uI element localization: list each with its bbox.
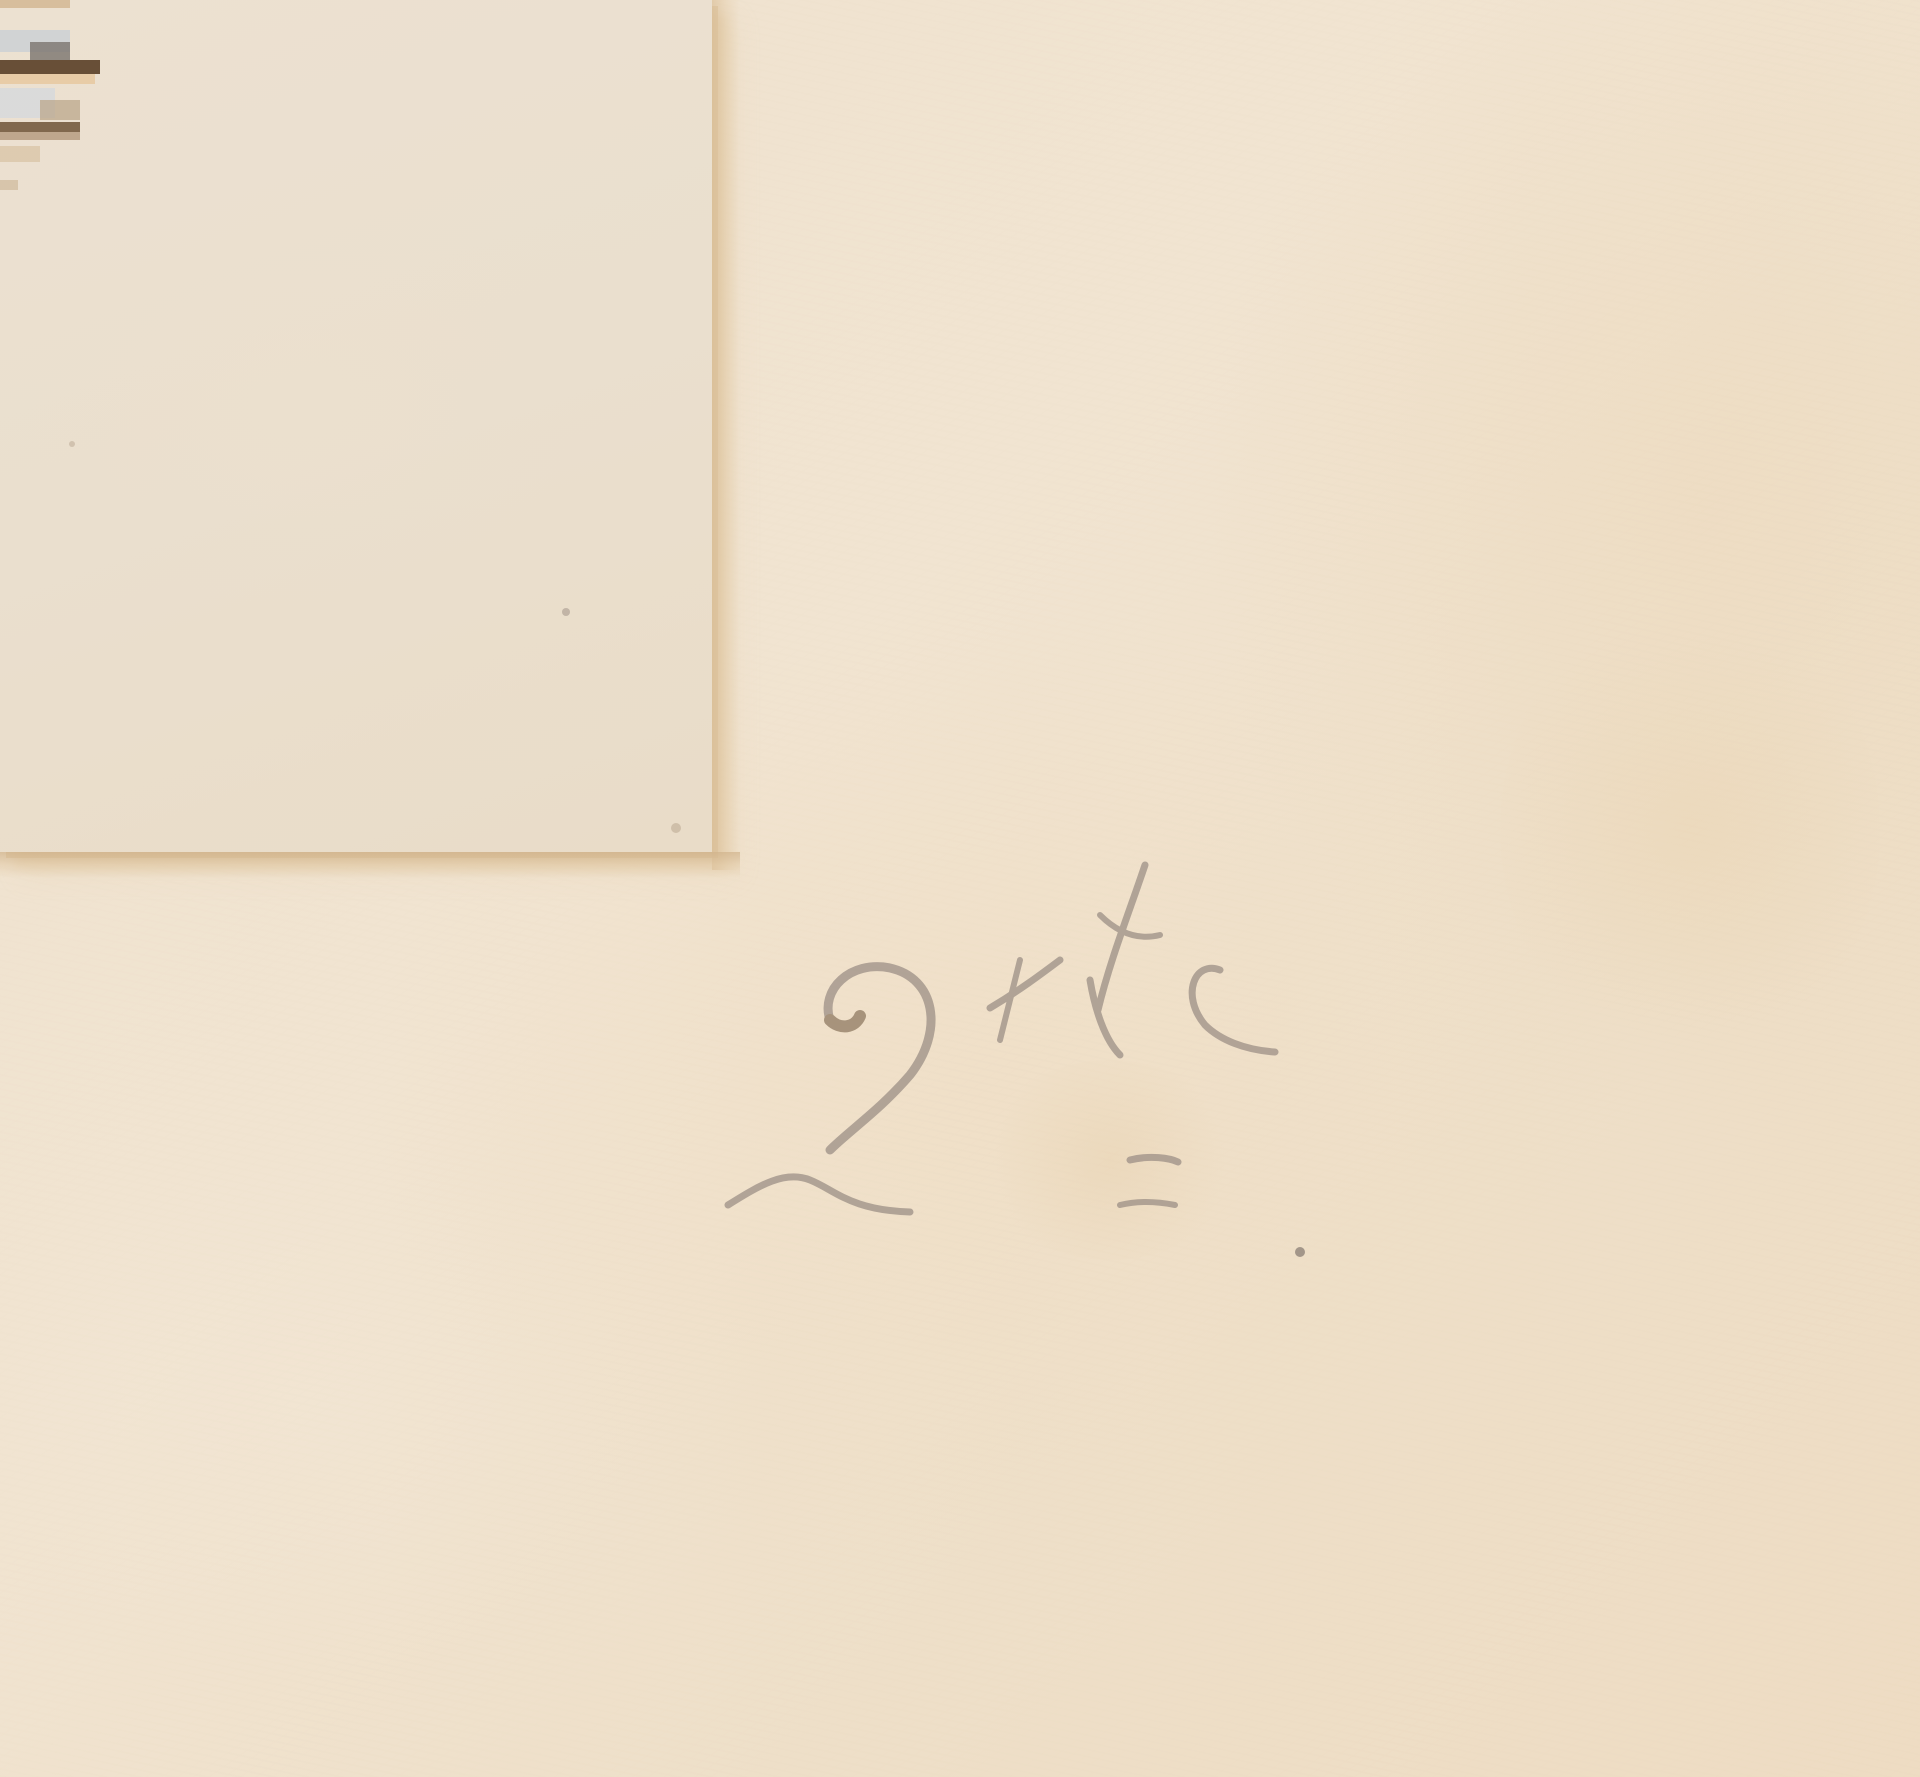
plate-edge-shadow-bottom — [0, 852, 740, 878]
aged-paper-scene — [0, 0, 1920, 1777]
plate-specks — [0, 0, 712, 852]
pencil-letter-c — [1192, 968, 1275, 1052]
mounted-plate — [0, 0, 712, 852]
pencil-inscription — [700, 840, 1460, 1360]
pencil-equals-mark — [1130, 1157, 1178, 1162]
pencil-dot — [1295, 1247, 1305, 1257]
plate-edge-shadow-right — [712, 0, 740, 870]
pencil-numeral-2 — [828, 967, 931, 1150]
paper-stain — [1500, 600, 1880, 1060]
pencil-letter-h — [990, 960, 1060, 1008]
